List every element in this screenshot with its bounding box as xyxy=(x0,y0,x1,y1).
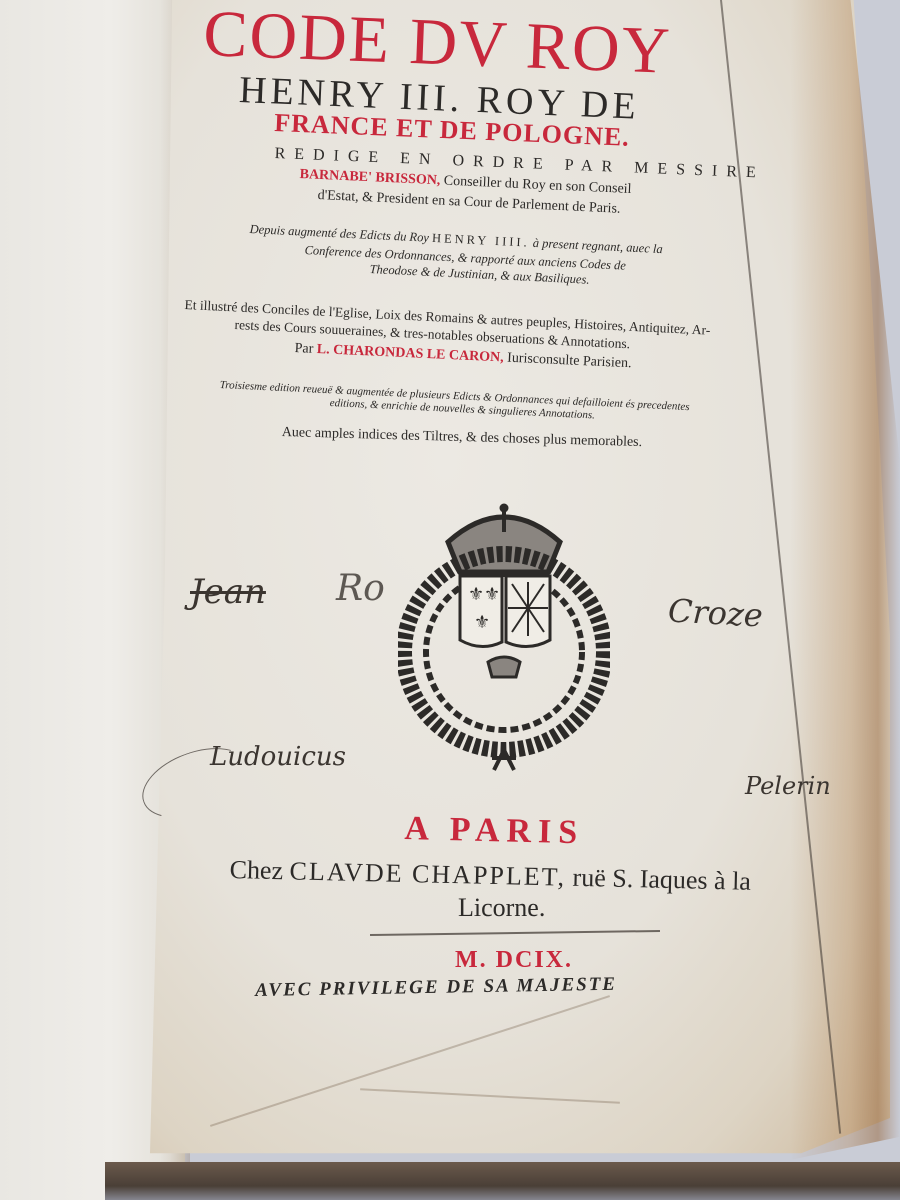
handwritten-name-fragment: Ro xyxy=(336,568,385,609)
page-edge-stain xyxy=(790,0,900,1160)
svg-text:⚜: ⚜ xyxy=(474,612,490,632)
handwritten-surname: Croze xyxy=(667,592,764,635)
printer-sign: Licorne. xyxy=(458,893,545,923)
printer-prefix: Chez xyxy=(229,855,283,885)
par-label: Par xyxy=(294,341,313,357)
book-photo: CODE DV ROY HENRY III. ROY DE FRANCE ET … xyxy=(0,0,900,1200)
handwritten-fragment-right: Pelerin xyxy=(745,772,831,800)
printer-address: ruë S. Iaques à la xyxy=(572,863,751,896)
imprint-date: M. DCIX. xyxy=(455,947,573,974)
svg-text:⚜: ⚜ xyxy=(484,584,500,604)
printer-name: CLAVDE CHAPPLET, xyxy=(289,856,566,891)
svg-text:⚜: ⚜ xyxy=(468,584,484,604)
handwritten-latin-name: Ludouicus xyxy=(210,742,346,772)
coat-of-arms-icon: ⚜ ⚜ ⚜ xyxy=(398,502,610,774)
handwritten-crossed-name: Jean xyxy=(190,572,266,612)
imprint-place: A PARIS xyxy=(404,810,585,852)
book-shadow xyxy=(105,1162,900,1200)
